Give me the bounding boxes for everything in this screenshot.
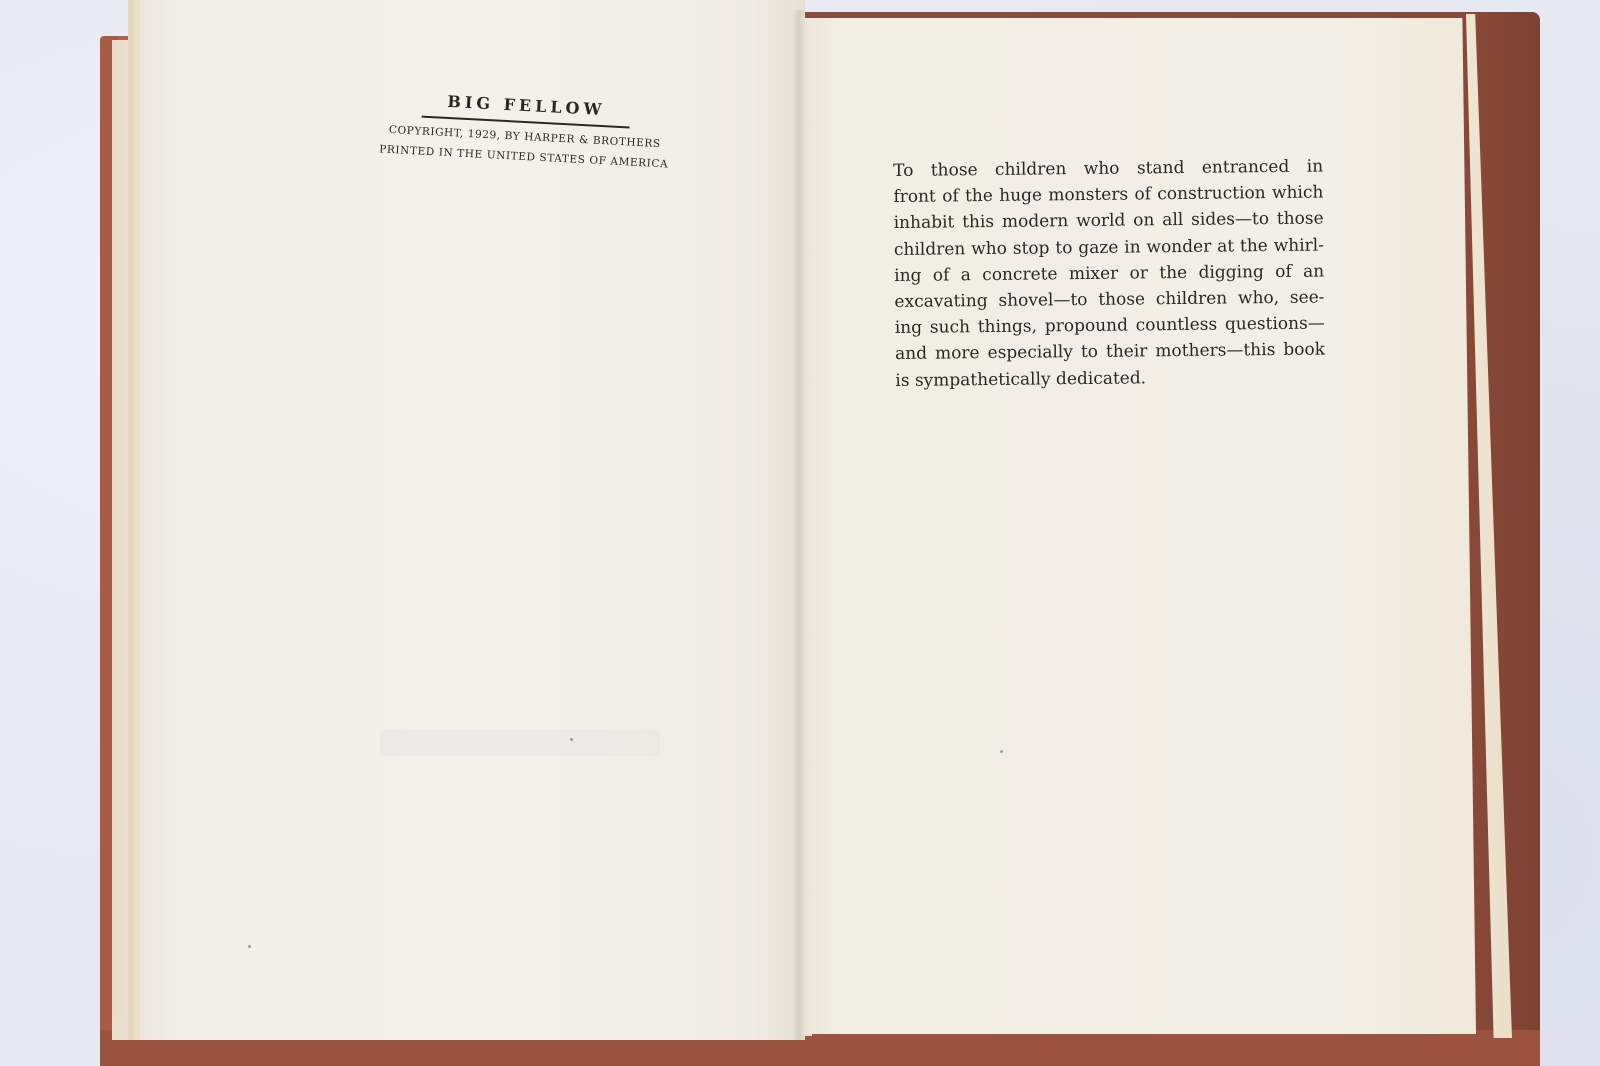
paper-speck xyxy=(570,738,573,741)
dedication-line: is sympathetically dedicated. xyxy=(895,363,1325,394)
bleed-through-mark xyxy=(380,730,660,756)
paper-speck xyxy=(248,945,251,948)
book-gutter xyxy=(792,10,806,1040)
left-page-stack xyxy=(112,40,142,1040)
dedication-line: and more especially to their mothers—thi… xyxy=(895,337,1325,368)
dedication-text: To those children who stand entranced in… xyxy=(893,153,1325,393)
dedication-line: inhabit this modern world on all sides—t… xyxy=(894,206,1324,237)
paper-speck xyxy=(1000,750,1003,753)
